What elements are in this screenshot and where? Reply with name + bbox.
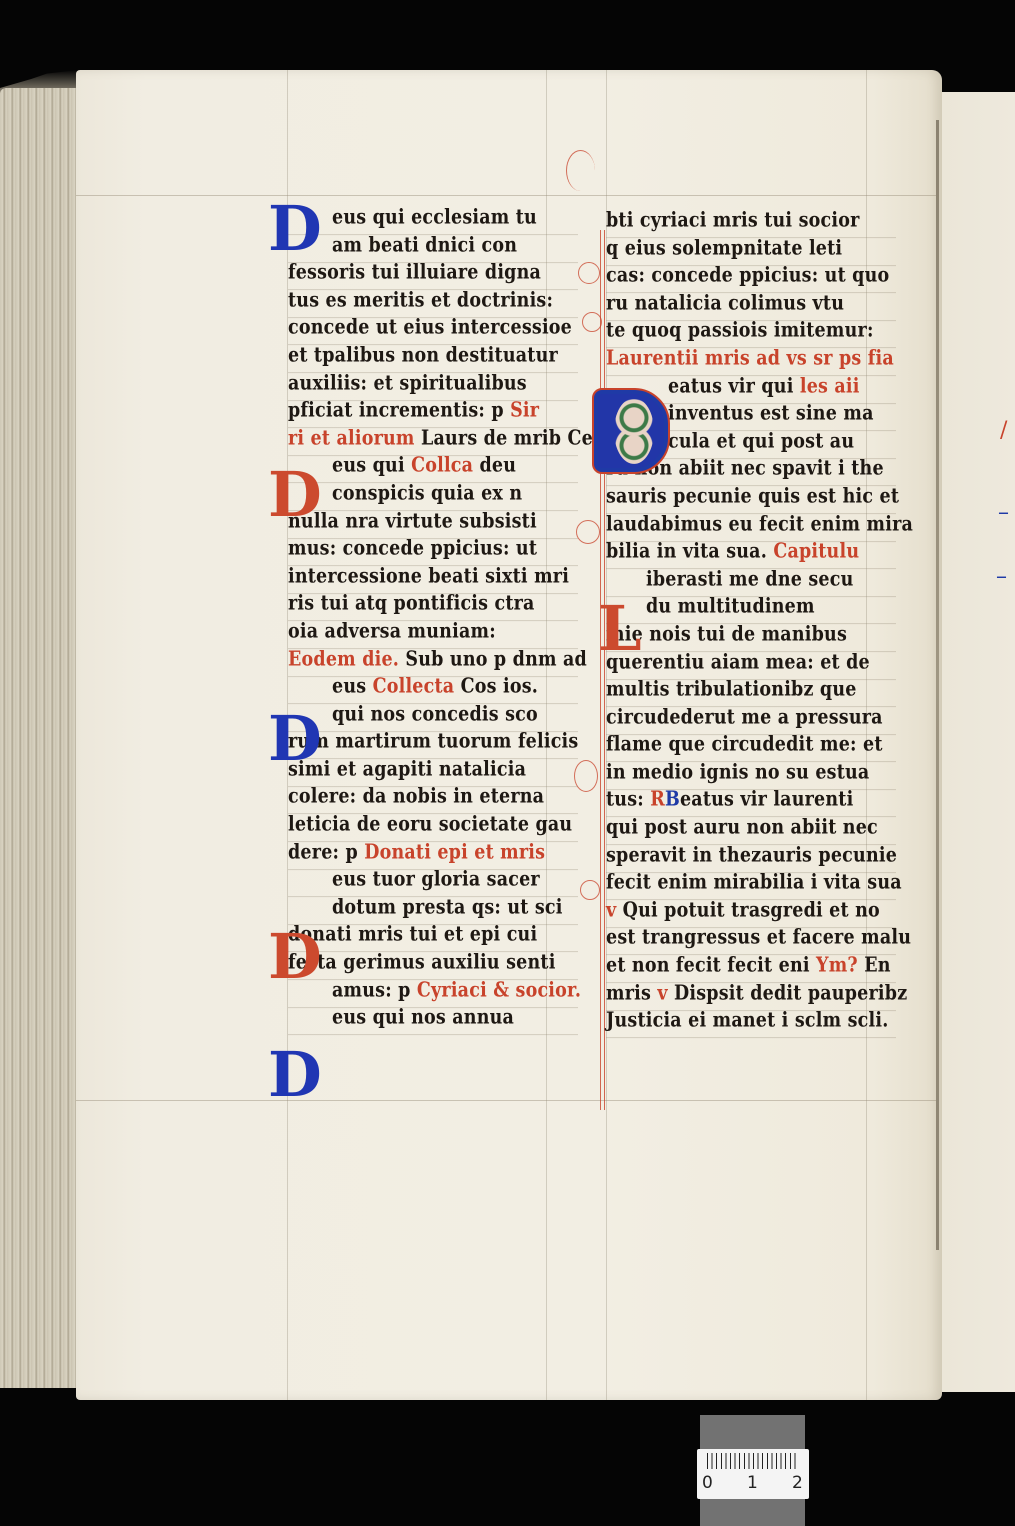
text-line: sauris pecunie quis est hic et — [606, 482, 896, 514]
text-line: et non fecit fecit eni Ym? En — [606, 951, 896, 983]
text-line: mie nois tui de manibus — [606, 620, 896, 652]
rubric: v — [606, 899, 616, 922]
rubric: Eodem die. — [288, 648, 399, 671]
ruler-label: 1 — [747, 1473, 758, 1493]
marginal-flourish — [600, 230, 605, 1110]
rubric: v — [657, 982, 667, 1005]
text-line: oia adversa muniam: — [288, 617, 578, 649]
ruler-label: 2 — [792, 1473, 803, 1493]
scale-ruler: 0 1 2 — [697, 1449, 809, 1499]
flourish-curl-icon — [566, 150, 595, 191]
text-line: conspicis quia ex n — [288, 479, 578, 511]
text-line: eus qui ecclesiam tu — [288, 203, 578, 235]
rubric: ri et aliorum — [288, 427, 415, 450]
rubric: Cyriaci & socior. — [417, 979, 581, 1002]
rubric: les aii — [800, 375, 860, 398]
facing-page-red-mark: / — [1000, 418, 1007, 443]
rubric: Laurentii mris ad vs sr ps fia — [606, 347, 894, 370]
text-line: et tpalibus non destituatur — [288, 341, 578, 373]
right-text-column: bti cyriaci mris tui socior q eius solem… — [606, 208, 896, 1036]
rubric: Ym? — [816, 954, 858, 977]
ruler-ticks — [707, 1453, 799, 1469]
illuminated-initial-b — [592, 388, 670, 474]
foliate-ornament-icon — [614, 398, 654, 464]
rubric: Donati epi et mris — [364, 841, 545, 864]
initial-b-blue-small: B — [665, 789, 680, 812]
rubric: R — [650, 789, 665, 812]
gutter — [936, 120, 939, 1250]
flourish-curl-icon — [580, 880, 600, 900]
left-text-column: eus qui ecclesiam tu am beati dnici con … — [288, 205, 578, 1033]
text-line: bti cyriaci mris tui socior — [606, 206, 896, 238]
text-line: Laurentii mris ad vs sr ps fia — [606, 344, 896, 376]
text-line: Justicia ei manet i sclm scli. — [606, 1006, 896, 1038]
flourish-curl-icon — [582, 312, 602, 332]
rubric: Collecta — [373, 675, 455, 698]
rubric: Capitulu — [773, 541, 859, 564]
text-line: festa gerimus auxiliu senti — [288, 948, 578, 980]
fold-line — [76, 1100, 936, 1101]
fold-line — [76, 195, 936, 196]
facing-page — [932, 92, 1015, 1392]
flourish-curl-icon — [578, 262, 600, 284]
facing-page-blue-mark: – — [998, 500, 1009, 525]
stacked-page-edges — [0, 88, 78, 1388]
text-line: eus qui nos annua — [288, 1003, 578, 1035]
flourish-curl-icon — [576, 520, 600, 544]
facing-page-blue-mark: – — [996, 564, 1007, 589]
ruler-label: 0 — [702, 1473, 713, 1493]
rubric: Sir — [510, 400, 539, 423]
rubric: Collca — [411, 455, 473, 478]
